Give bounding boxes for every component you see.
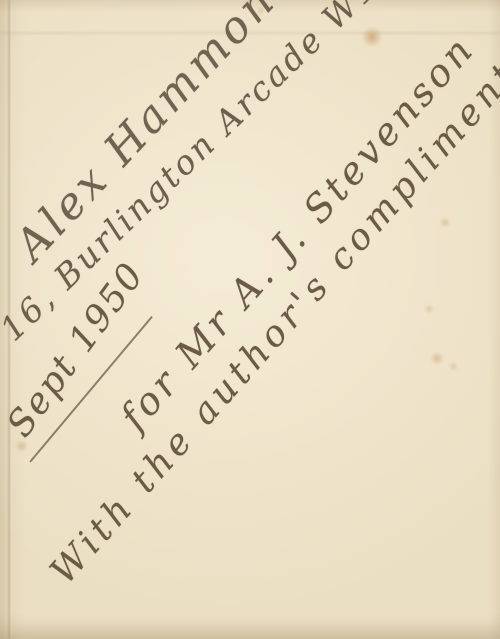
foxing-spot [439,217,451,228]
foxing-spot [15,440,28,452]
foxing-spot [449,362,458,371]
foxing-spot [361,27,383,47]
book-flyleaf-scan: Alex Hammond 16, Burlington Arcade W1 Se… [0,0,500,639]
foxing-spot [424,304,434,314]
inscription-owner-name: Alex Hammond [5,0,308,271]
foxing-spot [430,352,444,365]
page-edge-shadow [0,613,500,639]
